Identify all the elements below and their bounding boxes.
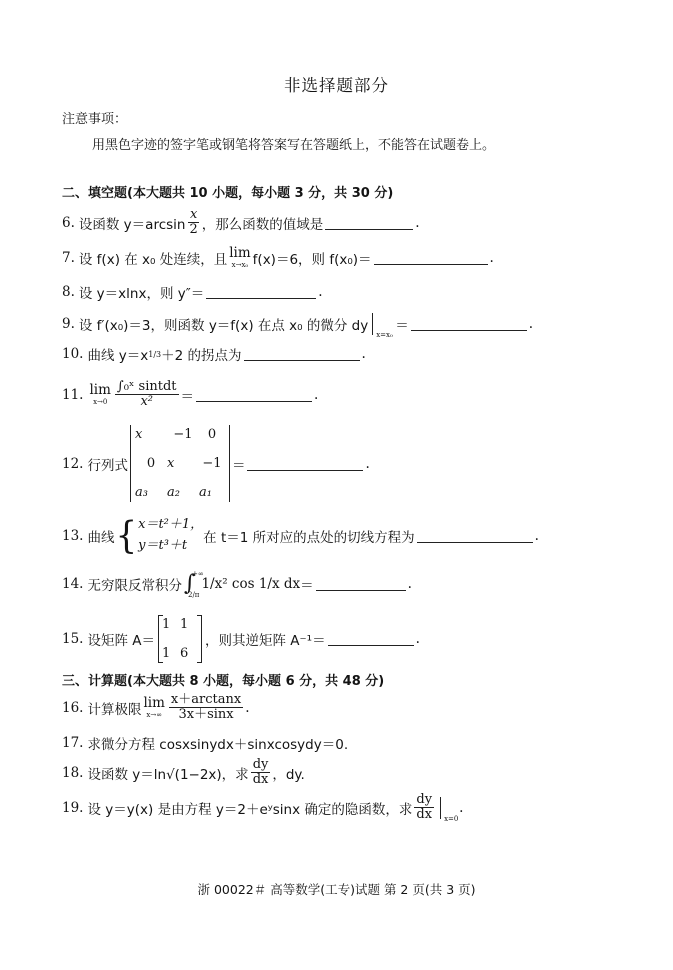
question-18: 18. 设函数 y＝ln√(1−2x)，求 dy dx ，dy.: [62, 758, 305, 788]
brace: {: [115, 517, 137, 554]
answer-blank: [244, 359, 360, 361]
question-10: 10. 曲线 y＝x1/3 ＋2 的拐点为 .: [62, 344, 366, 364]
answer-blank: [328, 644, 414, 646]
question-9: 9. 设 f′(x₀)＝3，则函数 y＝f(x) 在点 x₀ 的微分 dy x=…: [62, 313, 533, 335]
integral-sign: ∫+∞2/π: [184, 573, 195, 595]
section-calculation-heading: 三、计算题(本大题共 8 小题，每小题 6 分，共 48 分): [62, 670, 384, 689]
question-15: 15. 设矩阵 A＝ 11 16 ，则其逆矩阵 A⁻¹＝ .: [62, 615, 420, 663]
section-fill-in-heading: 二、填空题(本大题共 10 小题，每小题 3 分，共 30 分): [62, 182, 393, 201]
notice-body: 用黑色字迹的签字笔或钢笔将答案写在答题纸上，不能答在试题卷上。: [92, 134, 495, 153]
question-16: 16. 计算极限 lim x→∞ x＋arctanx 3x＋sinx .: [62, 693, 249, 723]
answer-blank: [206, 297, 316, 299]
parametric-system: x＝t²＋1， y＝t³＋t: [138, 515, 203, 557]
limit: lim x→∞: [143, 697, 164, 719]
answer-blank: [247, 469, 363, 471]
question-11: 11. lim x→0 ∫₀ˣ sintdt x² ＝ .: [62, 380, 318, 410]
evaluation-bar: x=x₀: [372, 313, 373, 335]
evaluation-bar: x=0: [440, 797, 441, 819]
fraction: x＋arctanx 3x＋sinx: [169, 693, 243, 723]
question-13: 13. 曲线 { x＝t²＋1， y＝t³＋t 在 t＝1 所对应的点处的切线方…: [62, 515, 539, 557]
answer-blank: [316, 589, 406, 591]
fraction: x 2: [187, 208, 199, 238]
page-footer: 浙 00022＃ 高等数学(工专)试题 第 2 页(共 3 页): [0, 880, 673, 898]
question-17: 17. 求微分方程 cosxsinydx＋sinxcosydy＝0.: [62, 733, 348, 753]
answer-blank: [417, 541, 533, 543]
question-text: 设函数 y＝arcsin: [79, 213, 186, 233]
notice-heading: 注意事项：: [62, 108, 127, 127]
question-7: 7. 设 f(x) 在 x₀ 处连续，且 lim x→x₀ f(x)＝6，则 f…: [62, 247, 494, 269]
fraction: dy dx: [414, 793, 434, 823]
matrix: 11 16: [158, 615, 202, 663]
question-12: 12. 行列式 x−10 0x−1 a₃a₂a₁ ＝ .: [62, 425, 370, 502]
fraction: dy dx: [251, 758, 271, 788]
answer-blank: [374, 263, 488, 265]
answer-blank: [325, 228, 413, 230]
determinant: x−10 0x−1 a₃a₂a₁: [130, 425, 230, 502]
question-14: 14. 无穷限反常积分 ∫+∞2/π 1/x² cos 1/x dx ＝ .: [62, 573, 412, 595]
question-19: 19. 设 y＝y(x) 是由方程 y＝2＋eʸsinx 确定的隐函数，求 dy…: [62, 793, 463, 823]
answer-blank: [411, 329, 527, 331]
question-6: 6. 设函数 y＝arcsin x 2 ，那么函数的值域是 .: [62, 208, 420, 238]
question-number: 6.: [62, 215, 75, 231]
fraction: ∫₀ˣ sintdt x²: [115, 380, 179, 410]
limit: lim x→0: [89, 384, 110, 406]
question-8: 8. 设 y＝xlnx，则 y″＝ .: [62, 282, 323, 302]
page-title: 非选择题部分: [0, 72, 673, 96]
limit: lim x→x₀: [229, 247, 250, 269]
answer-blank: [196, 400, 312, 402]
